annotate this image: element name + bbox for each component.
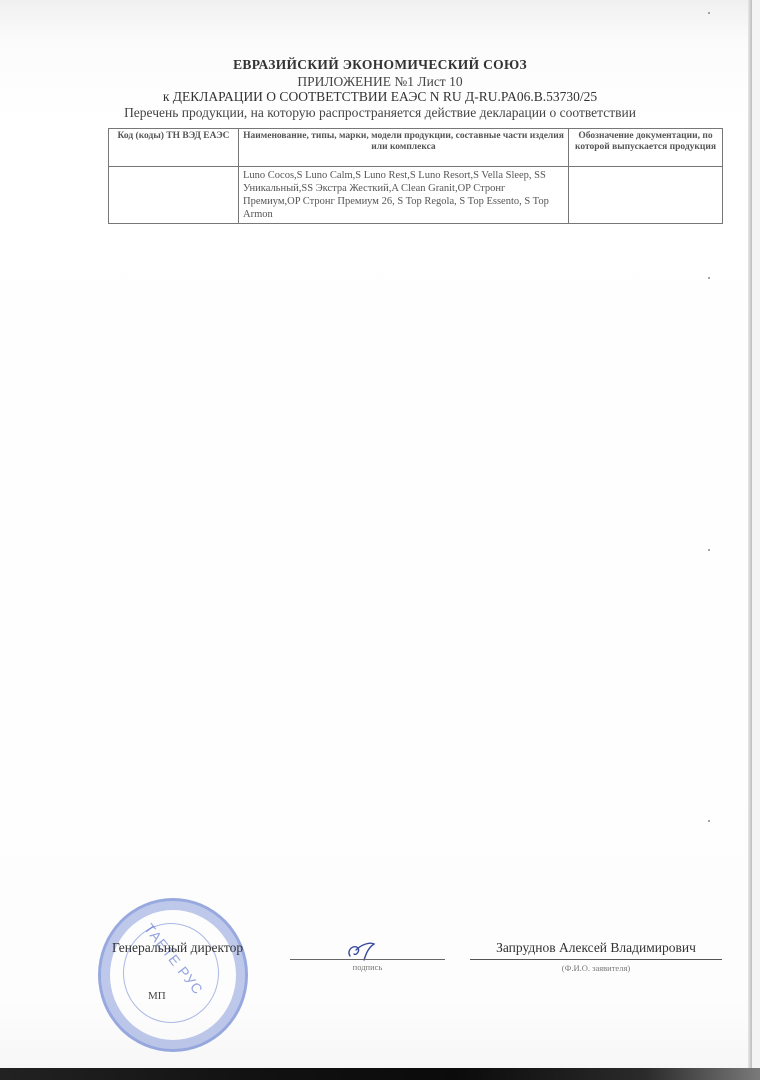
name-label: (Ф.И.О. заявителя)	[470, 963, 722, 973]
table-row: Luno Cocos,S Luno Calm,S Luno Rest,S Lun…	[109, 167, 723, 224]
scan-speck	[708, 12, 710, 14]
cell-code	[109, 167, 239, 224]
products-table: Код (коды) ТН ВЭД ЕАЭС Наименование, тип…	[108, 128, 723, 224]
cell-documentation	[569, 167, 723, 224]
scan-speck	[708, 277, 710, 279]
annex-line: ПРИЛОЖЕНИЕ №1 Лист 10	[0, 74, 760, 90]
header-code: Код (коды) ТН ВЭД ЕАЭС	[109, 129, 239, 167]
signature-label: подпись	[290, 962, 445, 972]
scan-speck	[708, 820, 710, 822]
scan-bottom-edge	[0, 1068, 760, 1080]
stamp-place-label: МП	[148, 990, 166, 1002]
list-caption: Перечень продукции, на которую распростр…	[0, 105, 760, 121]
signature-line	[290, 959, 445, 960]
union-title: ЕВРАЗИЙСКИЙ ЭКОНОМИЧЕСКИЙ СОЮЗ	[0, 57, 760, 73]
scan-speck	[708, 549, 710, 551]
handwritten-signature-icon	[340, 938, 380, 964]
cell-name: Luno Cocos,S Luno Calm,S Luno Rest,S Lun…	[239, 167, 569, 224]
declaration-line: к ДЕКЛАРАЦИИ О СООТВЕТСТВИИ ЕАЭС N RU Д-…	[0, 89, 760, 105]
stamp-inner-ring	[123, 923, 219, 1023]
table-header-row: Код (коды) ТН ВЭД ЕАЭС Наименование, тип…	[109, 129, 723, 167]
signatory-name: Запруднов Алексей Владимирович	[470, 940, 722, 956]
document-page: ЕВРАЗИЙСКИЙ ЭКОНОМИЧЕСКИЙ СОЮЗ ПРИЛОЖЕНИ…	[0, 0, 752, 1068]
signatory-role: Генеральный директор	[112, 940, 243, 956]
name-line	[470, 959, 722, 960]
header-name: Наименование, типы, марки, модели продук…	[239, 129, 569, 167]
company-stamp-icon: ТАЕТЕ РУС	[98, 898, 248, 1052]
header-documentation: Обозначение документации, по которой вып…	[569, 129, 723, 167]
